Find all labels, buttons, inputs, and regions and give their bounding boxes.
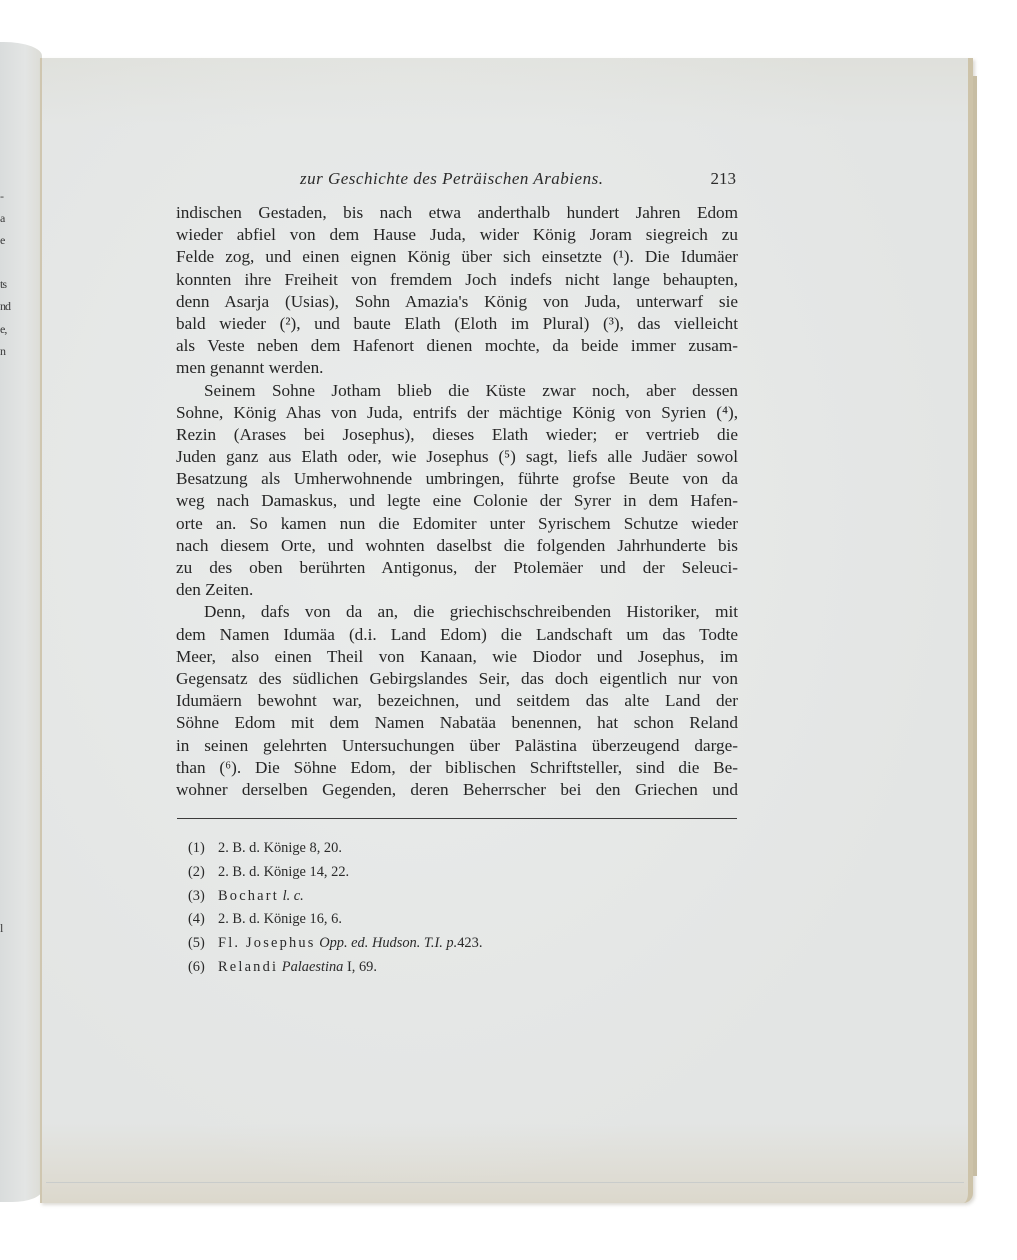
footnote-1: (1)2. B. d. Könige 8, 20.: [188, 837, 482, 861]
text-line: konnten ihre Freiheit von fremdem Joch i…: [176, 269, 738, 291]
footnote-number: (5): [188, 932, 218, 956]
footnote-rule: [177, 818, 737, 819]
footnote-page: I, 69.: [347, 959, 377, 975]
left-page-fragment: n: [0, 345, 5, 357]
text-line: zu des oben berührten Antigonus, der Pto…: [176, 557, 738, 579]
left-page-edge: - a e ts nd e, n l: [0, 42, 42, 1202]
left-page-fragment: -: [0, 190, 3, 202]
footnote-number: (2): [188, 861, 218, 885]
text-line: in seinen gelehrten Untersuchungen über …: [176, 735, 738, 757]
footnote-reference: l. c.: [283, 888, 304, 904]
text-line: orte an. So kamen nun die Edomiter unter…: [176, 513, 738, 535]
footnote-number: (3): [188, 885, 218, 909]
left-page-fragment: a: [0, 212, 4, 224]
footnotes: (1)2. B. d. Könige 8, 20. (2)2. B. d. Kö…: [188, 837, 482, 980]
footnote-number: (1): [188, 837, 218, 861]
footnote-author: Fl. Josephus: [218, 935, 316, 951]
footnote-2: (2)2. B. d. Könige 14, 22.: [188, 861, 482, 885]
left-page-fragment: l: [0, 922, 2, 934]
text-line: Gegensatz des südlichen Gebirgslandes Se…: [176, 668, 738, 690]
paragraph-start-line: Seinem Sohne Jotham blieb die Küste zwar…: [176, 380, 738, 402]
text-line: dem Namen Idumäa (d.i. Land Edom) die La…: [176, 624, 738, 646]
footnote-author: Bochart: [218, 888, 279, 904]
text-line: wohner derselben Gegenden, deren Beherrs…: [176, 779, 738, 801]
running-head: zur Geschichte des Peträischen Arabiens.…: [300, 169, 736, 189]
footnote-text: 2. B. d. Könige 14, 22.: [218, 864, 349, 880]
text-line: Rezin (Arases bei Josephus), dieses Elat…: [176, 424, 738, 446]
text-line: Felde zog, und einen eignen König über s…: [176, 246, 738, 268]
footnote-number: (6): [188, 956, 218, 980]
footnote-4: (4)2. B. d. Könige 16, 6.: [188, 908, 482, 932]
text-line: indischen Gestaden, bis nach etwa andert…: [176, 202, 738, 224]
footnote-3: (3)Bochart l. c.: [188, 885, 482, 909]
footnote-author: Relandi: [218, 959, 278, 975]
footnote-text: 2. B. d. Könige 16, 6.: [218, 911, 342, 927]
left-page-fragment: ts: [0, 278, 6, 290]
text-line: als Veste neben dem Hafenort dienen moch…: [176, 335, 738, 357]
left-page-fragment: e,: [0, 323, 6, 335]
page-number: 213: [711, 169, 737, 189]
text-line: bald wieder (²), und baute Elath (Eloth …: [176, 313, 738, 335]
book-page: zur Geschichte des Peträischen Arabiens.…: [40, 58, 973, 1203]
text-line: Idumäern bewohnt war, bezeichnen, und se…: [176, 690, 738, 712]
paragraph-start-line: Denn, dafs von da an, die griechischschr…: [176, 601, 738, 623]
footnote-page: 423.: [457, 935, 482, 951]
footnote-5: (5)Fl. Josephus Opp. ed. Hudson. T.I. p.…: [188, 932, 482, 956]
text-line: Besatzung als Umherwohnende umbringen, f…: [176, 468, 738, 490]
left-page-fragment: nd: [0, 300, 10, 312]
text-line: denn Asarja (Usias), Sohn Amazia's König…: [176, 291, 738, 313]
text-line: wieder abfiel von dem Hause Juda, wider …: [176, 224, 738, 246]
text-line: Meer, also einen Theil von Kanaan, wie D…: [176, 646, 738, 668]
text-line: nach diesem Orte, und wohnten daselbst d…: [176, 535, 738, 557]
text-line: Sohne, König Ahas von Juda, entrifs der …: [176, 402, 738, 424]
text-line: than (⁶). Die Söhne Edom, der biblischen…: [176, 757, 738, 779]
footnote-reference: Opp. ed. Hudson. T.I. p.: [319, 935, 457, 951]
text-line: weg nach Damaskus, und legte eine Coloni…: [176, 490, 738, 512]
footnote-reference: Palaestina: [282, 959, 344, 975]
running-head-title: zur Geschichte des Peträischen Arabiens.: [300, 169, 603, 188]
text-line: den Zeiten.: [176, 579, 738, 601]
footnote-6: (6)Relandi Palaestina I, 69.: [188, 956, 482, 980]
text-line: men genannt werden.: [176, 357, 738, 379]
footnote-number: (4): [188, 908, 218, 932]
left-page-fragment: e: [0, 234, 4, 246]
text-line: Söhne Edom mit dem Namen Nabatäa benenne…: [176, 712, 738, 734]
footnote-text: 2. B. d. Könige 8, 20.: [218, 840, 342, 856]
body-text: indischen Gestaden, bis nach etwa andert…: [176, 202, 738, 801]
text-line: Juden ganz aus Elath oder, wie Josephus …: [176, 446, 738, 468]
